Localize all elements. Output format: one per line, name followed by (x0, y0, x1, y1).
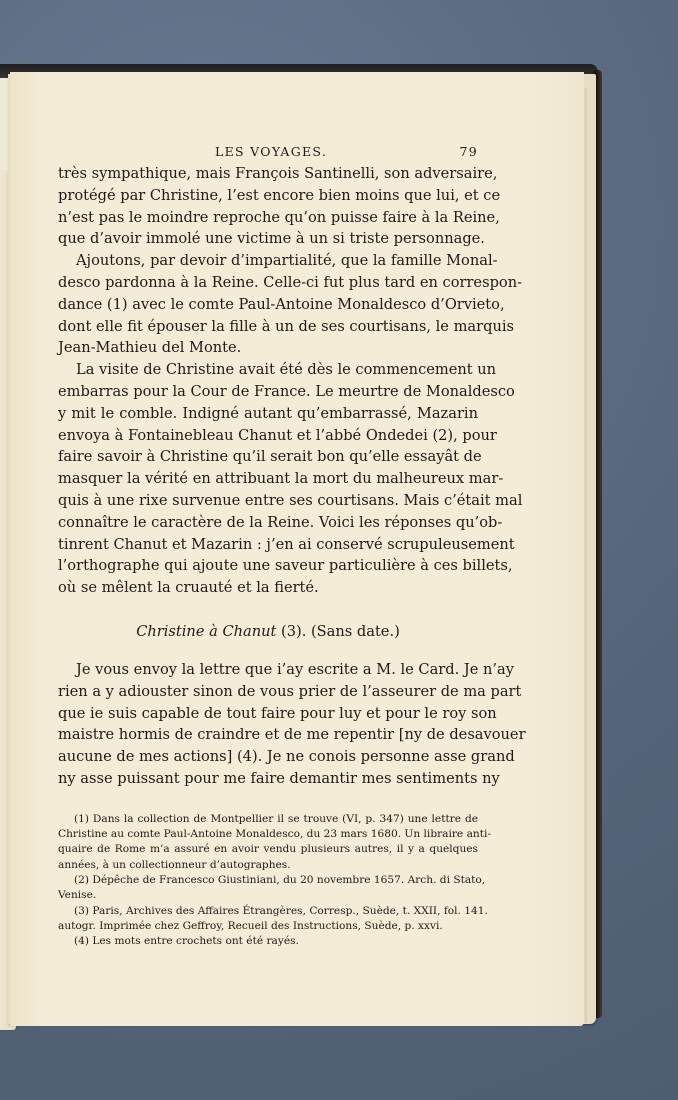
footnote-line: Venise. (58, 888, 478, 903)
paragraph-2: Ajoutons, par devoir d’impartialité, que… (58, 250, 478, 359)
text-line: où se mêlent la cruauté et la fierté. (58, 577, 478, 599)
text-line: protégé par Christine, l’est encore bien… (58, 185, 478, 207)
footnote-line: (4) Les mots entre crochets ont été rayé… (58, 934, 478, 949)
paragraph-3: La visite de Christine avait été dès le … (58, 359, 478, 599)
text-line: n’est pas le moindre reproche qu’on puis… (58, 207, 478, 229)
text-line: que d’avoir immolé une victime à un si t… (58, 228, 478, 250)
text-line: aucune de mes actions] (4). Je ne conois… (58, 746, 478, 768)
text-line: Je vous envoy la lettre que i’ay escrite… (58, 659, 478, 681)
text-line: masquer la vérité en attribuant la mort … (58, 468, 478, 490)
text-line: dance (1) avec le comte Paul-Antoine Mon… (58, 294, 478, 316)
footnote-line: (1) Dans la collection de Montpellier il… (58, 812, 478, 827)
letter-heading: Christine à Chanut (3). (Sans date.) (58, 623, 478, 640)
footnote-2: (2) Dépêche de Francesco Giustiniani, du… (58, 873, 478, 904)
footnote-1: (1) Dans la collection de Montpellier il… (58, 812, 478, 873)
text-line: embarras pour la Cour de France. Le meur… (58, 381, 478, 403)
footnote-line: années, à un collectionneur d’autographe… (58, 858, 478, 873)
text-line: y mit le comble. Indigné autant qu’embar… (58, 403, 478, 425)
letter-heading-title: Christine à Chanut (136, 623, 276, 640)
body-text: très sympathique, mais François Santinel… (58, 163, 478, 790)
footnote-line: (3) Paris, Archives des Affaires Étrangè… (58, 904, 478, 919)
footnote-line: quaire de Rome m’a assuré en avoir vendu… (58, 842, 478, 857)
footnote-line: Christine au comte Paul-Antoine Monaldes… (58, 827, 478, 842)
text-line: que ie suis capable de tout faire pour l… (58, 703, 478, 725)
text-line: envoya à Fontainebleau Chanut et l’abbé … (58, 425, 478, 447)
text-line: faire savoir à Christine qu’il serait bo… (58, 446, 478, 468)
text-line: Jean-Mathieu del Monte. (58, 337, 478, 359)
footnote-line: (2) Dépêche de Francesco Giustiniani, du… (58, 873, 478, 888)
text-line: connaître le caractère de la Reine. Voic… (58, 512, 478, 534)
running-head-title: LES VOYAGES. (215, 144, 327, 159)
text-line: rien a y adiouster sinon de vous prier d… (58, 681, 478, 703)
page-number: 79 (459, 144, 478, 159)
page-text-block: LES VOYAGES. 79 très sympathique, mais F… (58, 141, 478, 949)
running-head: LES VOYAGES. 79 (58, 141, 478, 163)
letter-text: Je vous envoy la lettre que i’ay escrite… (58, 659, 478, 790)
text-line: desco pardonna à la Reine. Celle-ci fut … (58, 272, 478, 294)
text-line: ny asse puissant pour me faire demantir … (58, 768, 478, 790)
text-line: très sympathique, mais François Santinel… (58, 163, 478, 185)
text-line: dont elle fit épouser la fille à un de s… (58, 316, 478, 338)
footnotes: (1) Dans la collection de Montpellier il… (58, 812, 478, 950)
paragraph-1: très sympathique, mais François Santinel… (58, 163, 478, 250)
text-line: l’orthographe qui ajoute une saveur part… (58, 555, 478, 577)
text-line: tinrent Chanut et Mazarin : j’en ai cons… (58, 534, 478, 556)
letter-heading-note: (3). (Sans date.) (276, 623, 399, 640)
text-line: Ajoutons, par devoir d’impartialité, que… (58, 250, 478, 272)
footnote-4: (4) Les mots entre crochets ont été rayé… (58, 934, 478, 949)
footnote-3: (3) Paris, Archives des Affaires Étrangè… (58, 904, 478, 935)
text-line: La visite de Christine avait été dès le … (58, 359, 478, 381)
footnote-line: autogr. Imprimée chez Geffroy, Recueil d… (58, 919, 478, 934)
text-line: maistre hormis de craindre et de me repe… (58, 724, 478, 746)
text-line: quis à une rixe survenue entre ses court… (58, 490, 478, 512)
